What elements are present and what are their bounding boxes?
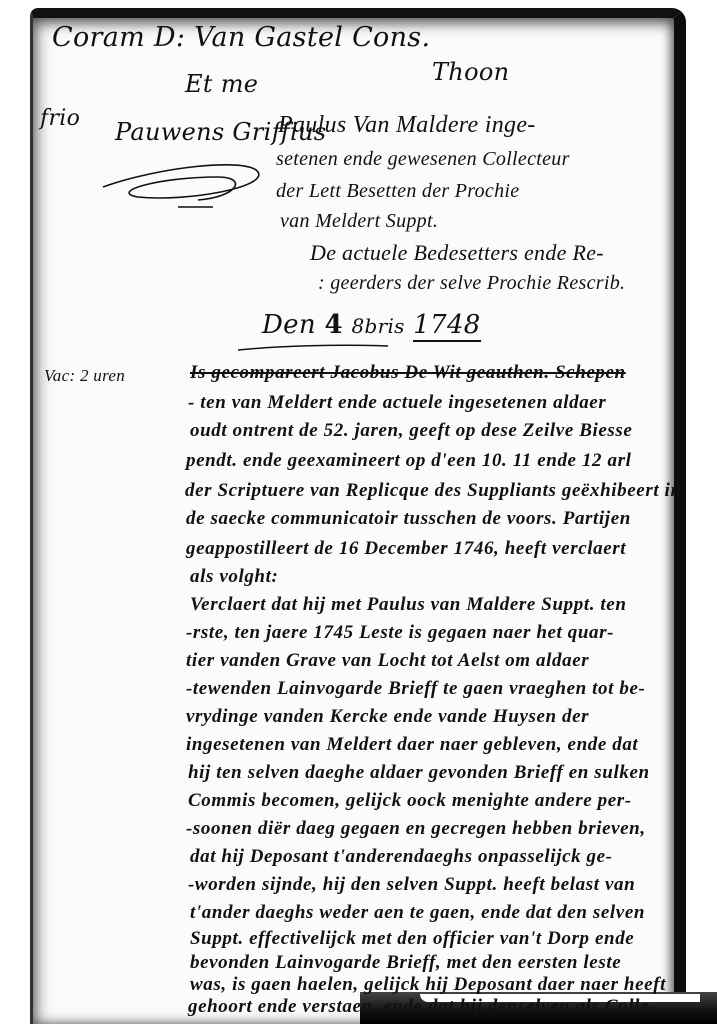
date-prefix: Den (262, 310, 316, 340)
body-line: tier vanden Grave van Locht tot Aelst om… (186, 650, 589, 672)
signature-flourish-icon (98, 152, 298, 212)
margin-note: Vac: 2 uren (44, 366, 125, 386)
body-line: -worden sijnde, hij den selven Suppt. he… (188, 874, 635, 896)
body-line: ingesetenen van Meldert daer naer geblev… (186, 734, 638, 756)
date-underline-flourish-icon (238, 342, 478, 354)
body-line: -tewenden Lainvogarde Brieff te gaen vra… (186, 678, 645, 700)
body-line: hij ten selven daeghe aldaer gevonden Br… (188, 762, 650, 784)
body-line: pendt. ende geexamineert op d'een 10. 11… (186, 450, 631, 472)
body-line: der Scriptuere van Replicque des Supplia… (185, 480, 682, 502)
body-line: Verclaert dat hij met Paulus van Maldere… (190, 594, 627, 616)
date-year: 1748 (413, 310, 480, 342)
body-line: t'ander daeghs weder aen te gaen, ende d… (190, 902, 645, 924)
header-parties-6: : geerders der selve Prochie Rescrib. (318, 272, 625, 295)
body-line: dat hij Deposant t'anderendaeghs onpasse… (190, 846, 613, 868)
body-line: geappostilleert de 16 December 1746, hee… (186, 538, 626, 560)
body-line: -soonen diër daeg gegaen en gecregen heb… (186, 818, 646, 840)
body-line: -rste, ten jaere 1745 Leste is gegaen na… (186, 622, 614, 644)
body-line: als volght: (190, 566, 278, 588)
body-line: de saecke communicatoir tusschen de voor… (186, 508, 631, 530)
header-parties-4: van Meldert Suppt. (280, 210, 438, 233)
body-line: oudt ontrent de 52. jaren, geeft op dese… (190, 420, 632, 442)
header-parties-5: De actuele Bedesetters ende Re- (310, 240, 604, 266)
header-left-marker: frio (40, 106, 80, 131)
body-line: Commis becomen, gelijck oock menighte an… (188, 790, 632, 812)
body-line: gehoort ende verstaen, ende dat hij dens… (188, 996, 656, 1018)
body-line: Is gecompareert Jacobus De Wit geauthen.… (190, 362, 626, 384)
date-day: 4 (324, 310, 342, 340)
header-coram-line: Coram D: Van Gastel Cons. (52, 22, 430, 53)
date-month: 8bris (351, 314, 404, 338)
header-place: Thoon (432, 58, 509, 86)
header-parties-3: der Lett Besetten der Prochie (276, 180, 519, 203)
body-line: was, is gaen haelen, gelijck hij Deposan… (190, 974, 666, 996)
header-parties-2: setenen ende gewesenen Collecteur (276, 148, 570, 171)
header-parties-1: Paulus Van Maldere inge- (278, 112, 536, 139)
body-line: Suppt. effectivelijck met den officier v… (190, 928, 634, 950)
body-line: vrydinge vanden Kercke ende vande Huysen… (186, 706, 589, 728)
body-line: - ten van Meldert ende actuele ingeseten… (188, 392, 606, 414)
header-et-me: Et me (185, 70, 258, 98)
date-line: Den 4 8bris 1748 (262, 310, 481, 340)
body-line: bevonden Lainvogarde Brieff, met den eer… (190, 952, 621, 974)
